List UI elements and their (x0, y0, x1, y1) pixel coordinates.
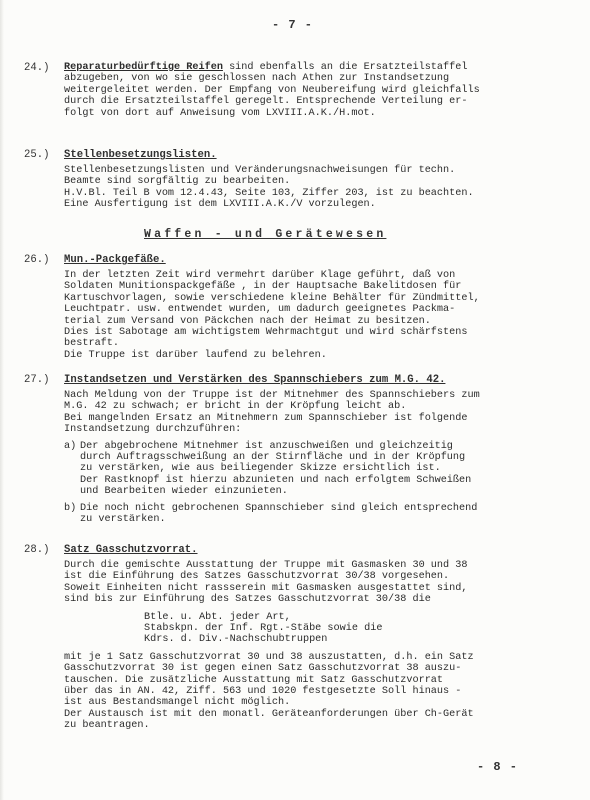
item-title: Instandsetzen und Verstärken des Spannsc… (64, 374, 445, 387)
text-line: sind bis zur Einführung des Satzes Gassc… (64, 594, 431, 605)
text-line: M.G. 42 zu schwach; er bricht in der Krö… (64, 401, 406, 412)
item-24: 24.) Reparaturbedürftige Reifen sind ebe… (24, 62, 584, 119)
text-line: Eine Ausfertigung ist dem LXVIII.A.K./V … (64, 199, 376, 210)
item-title: Mun.-Packgefäße. (64, 254, 166, 267)
text-line: Soweit Einheiten nicht rassserein mit Ga… (64, 583, 468, 594)
item-body: Satz Gasschutzvorrat.Durch die gemischte… (64, 544, 584, 732)
text-line: durch die Ersatzteilstaffel geregelt. En… (64, 96, 468, 107)
text-line: Bei mangelnden Ersatz an Mitnehmern zum … (64, 413, 468, 424)
subitem-b: b)Die noch nicht gebrochenen Spannschieb… (64, 503, 584, 526)
item-25: 25.) Stellenbesetzungslisten.Stellenbese… (24, 149, 584, 211)
document-page: - 7 - 24.) Reparaturbedürftige Reifen si… (0, 0, 590, 800)
text-line: ist die Einführung des Satzes Gasschutzv… (64, 571, 449, 582)
item-title: Reparaturbedürftige Reifen (64, 62, 223, 73)
text-line: abzugeben, von wo sie geschlossen nach A… (64, 73, 449, 84)
subitem-label: b) (64, 503, 76, 514)
text-line: und Bearbeiten wieder einzunieten. (80, 486, 288, 497)
item-number: 28.) (24, 544, 49, 556)
text-line: Soldaten Munitionspackgefäße , in der Ha… (64, 281, 461, 292)
section-heading: Waffen - und Gerätewesen (144, 228, 386, 241)
text-line: Stellenbesetzungslisten und Veränderungs… (64, 165, 455, 176)
text-line: weitergeleitet werden. Der Empfang von N… (64, 85, 480, 96)
subitem-a: a)Der abgebrochene Mitnehmer ist anzusch… (64, 441, 584, 498)
item-number: 26.) (24, 254, 49, 266)
text-line: ist aus Bestandsmangel nicht möglich. (64, 697, 290, 708)
item-title: Stellenbesetzungslisten. (64, 149, 217, 162)
text-line: sind ebenfalls an die Ersatzteilstaffel (223, 62, 468, 73)
text-line: Die noch nicht gebrochenen Spannschieber… (80, 503, 477, 514)
item-title: Satz Gasschutzvorrat. (64, 544, 198, 557)
item-body: Instandsetzen und Verstärken des Spannsc… (64, 374, 584, 525)
item-27: 27.) Instandsetzen und Verstärken des Sp… (24, 374, 584, 525)
text-line: Btle. u. Abt. jeder Art, (144, 612, 291, 623)
text-line: zu verstärken, wie aus beiliegender Skiz… (80, 463, 441, 474)
text-line: Stabskpn. der Inf. Rgt.-Stäbe sowie die (144, 623, 382, 634)
indented-list: Btle. u. Abt. jeder Art, Stabskpn. der I… (144, 612, 584, 646)
text-line: Gasschutzvorrat 30 ist gegen einen Satz … (64, 663, 461, 674)
text-line: terial zum Versand von Päckchen nach der… (64, 316, 431, 327)
item-26: 26.) Mun.-Packgefäße.In der letzten Zeit… (24, 254, 584, 361)
text-line: Dies ist Sabotage am wichtigstem Wehrmac… (64, 327, 468, 338)
text-line: Durch die gemischte Ausstattung der Trup… (64, 560, 468, 571)
text-line: über das in AN. 42, Ziff. 563 und 1020 f… (64, 686, 461, 697)
subitem-label: a) (64, 441, 76, 452)
item-body: Stellenbesetzungslisten.Stellenbesetzung… (64, 149, 584, 211)
text-line: durch Auftragsschweißung an der Stirnflä… (80, 452, 465, 463)
item-number: 27.) (24, 374, 49, 386)
text-line: zu verstärken. (80, 514, 166, 525)
text-line: zu beantragen. (64, 720, 150, 731)
page-number-top: - 7 - (272, 18, 313, 32)
text-line: bestraft. (64, 338, 119, 349)
text-line: Der abgebrochene Mitnehmer ist anzuschwe… (80, 441, 453, 452)
item-body: Reparaturbedürftige Reifen sind ebenfall… (64, 62, 584, 119)
text-line: tauschen. Die zusätzliche Ausstattung mi… (64, 675, 443, 686)
text-line: Kdrs. d. Div.-Nachschubtruppen (144, 634, 327, 645)
text-line: H.V.Bl. Teil B vom 12.4.43, Seite 103, Z… (64, 188, 474, 199)
text-line: Der Rastknopf ist hierzu abzunieten und … (80, 475, 471, 486)
text-line: Leuchtpatr. usw. entwendet wurden, um da… (64, 304, 455, 315)
page-number-bottom: - 8 - (477, 760, 518, 774)
text-line: Der Austausch ist mit den monatl. Geräte… (64, 709, 474, 720)
item-number: 25.) (24, 149, 49, 161)
text-line: Beamte sind sorgfältig zu bearbeiten. (64, 176, 290, 187)
text-line: Die Truppe ist darüber laufend zu belehr… (64, 350, 327, 361)
item-28: 28.) Satz Gasschutzvorrat.Durch die gemi… (24, 544, 584, 732)
item-number: 24.) (24, 62, 49, 74)
text-line: Instandsetzung durchzuführen: (64, 424, 241, 435)
text-line: Kartuschvorlagen, sowie verschiedene kle… (64, 293, 480, 304)
text-line: mit je 1 Satz Gasschutzvorrat 30 und 38 … (64, 652, 474, 663)
text-line: In der letzten Zeit wird vermehrt darübe… (64, 270, 455, 281)
text-line: folgt von dort auf Anweisung vom LXVIII.… (64, 108, 376, 119)
text-line: Nach Meldung von der Truppe ist der Mitn… (64, 390, 480, 401)
item-body: Mun.-Packgefäße.In der letzten Zeit wird… (64, 254, 584, 361)
